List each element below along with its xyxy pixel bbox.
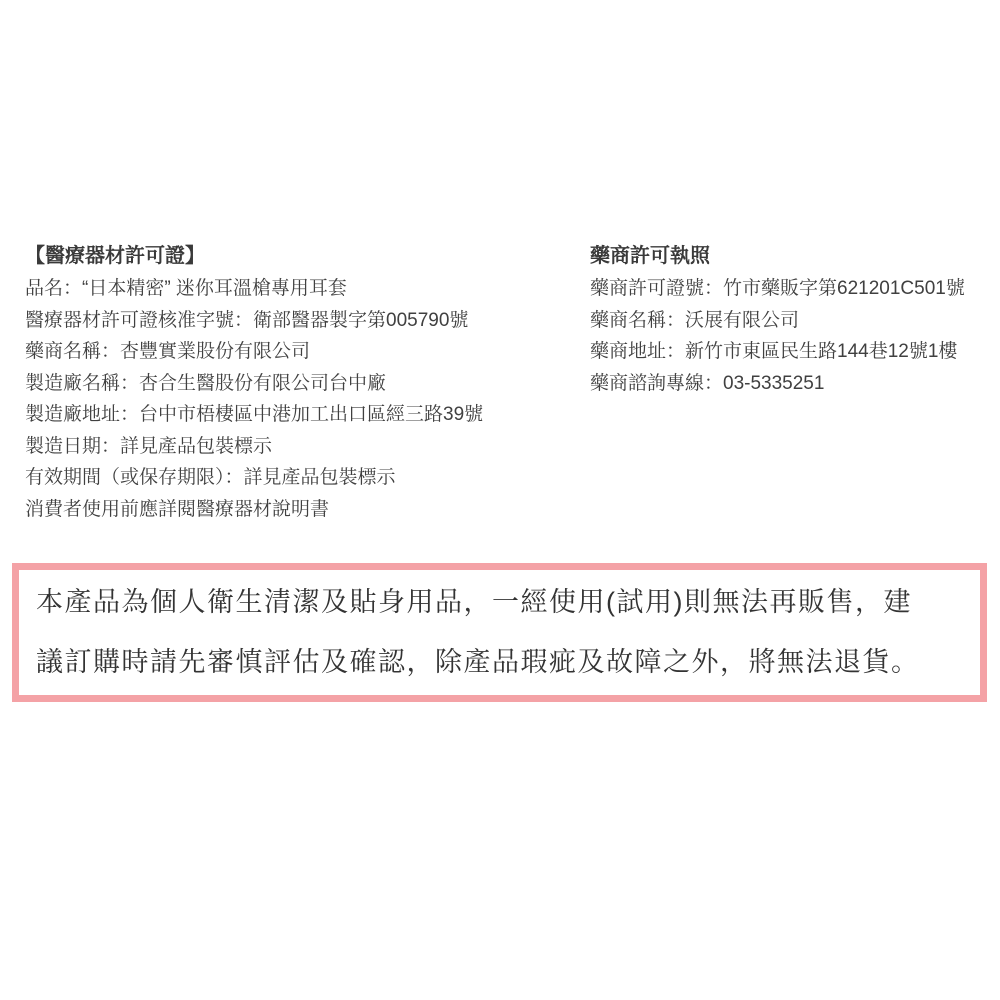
medical-device-license-section: 【醫療器材許可證】 品名：“日本精密” 迷你耳溫槍專用耳套 醫療器材許可證核准字… — [25, 241, 565, 525]
validity-period-line: 有效期間（或保存期限）：詳見產品包裝標示 — [25, 462, 565, 494]
pharmacy-license-title: 藥商許可執照 — [590, 241, 995, 271]
return-policy-line-2: 議訂購時請先審慎評估及確認，除產品瑕疵及故障之外，將無法退貨。 — [36, 632, 980, 692]
manufacturer-address-line: 製造廠地址：台中市梧棲區中港加工出口區經三路39號 — [25, 399, 565, 431]
product-name-line: 品名：“日本精密” 迷你耳溫槍專用耳套 — [25, 273, 565, 305]
dealer-name-line: 藥商名稱：杏豐實業股份有限公司 — [25, 336, 565, 368]
pharmacy-license-section: 藥商許可執照 藥商許可證號：竹市藥販字第621201C501號 藥商名稱：沃展有… — [590, 241, 995, 399]
consumer-notice-line: 消費者使用前應詳閱醫療器材說明書 — [25, 494, 565, 526]
return-policy-line-1: 本產品為個人衛生清潔及貼身用品，一經使用(試用)則無法再販售，建 — [36, 572, 980, 632]
medical-device-license-title: 【醫療器材許可證】 — [25, 241, 565, 271]
manufacturer-name-line: 製造廠名稱：杏合生醫股份有限公司台中廠 — [25, 368, 565, 400]
manufacture-date-line: 製造日期：詳見產品包裝標示 — [25, 431, 565, 463]
pharmacy-hotline-line: 藥商諮詢專線：03-5335251 — [590, 368, 995, 400]
license-number-line: 醫療器材許可證核准字號：衛部醫器製字第005790號 — [25, 305, 565, 337]
pharmacy-name-line: 藥商名稱：沃展有限公司 — [590, 305, 995, 337]
return-policy-notice: 本產品為個人衛生清潔及貼身用品，一經使用(試用)則無法再販售，建 議訂購時請先審… — [12, 563, 987, 702]
product-license-info-page: 【醫療器材許可證】 品名：“日本精密” 迷你耳溫槍專用耳套 醫療器材許可證核准字… — [0, 0, 1000, 1000]
pharmacy-address-line: 藥商地址：新竹市東區民生路144巷12號1樓 — [590, 336, 995, 368]
pharmacy-license-number-line: 藥商許可證號：竹市藥販字第621201C501號 — [590, 273, 995, 305]
